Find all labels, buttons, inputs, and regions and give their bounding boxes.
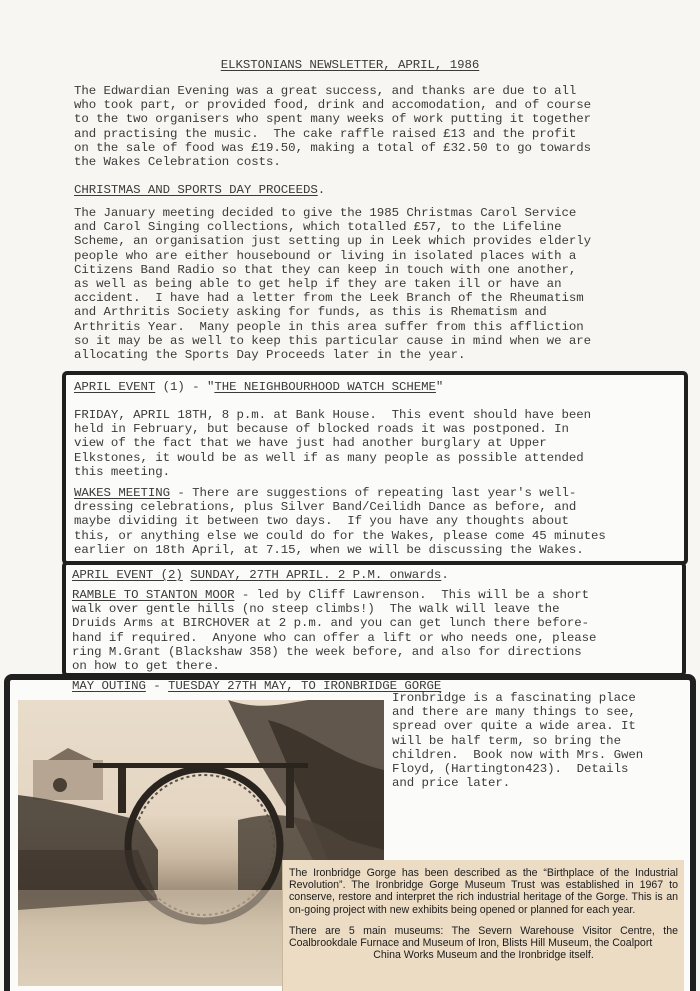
april-event-2-heading: APRIL EVENT (2) SUNDAY, 27TH APRIL. 2 P.… <box>72 568 449 582</box>
event2-when-suffix: . <box>441 568 448 582</box>
christmas-heading-suffix: . <box>318 183 325 197</box>
christmas-heading-text: CHRISTMAS AND SPORTS DAY PROCEEDS <box>74 183 318 197</box>
clipping-paragraph-2-last-line: China Works Museum and the Ironbridge it… <box>289 949 678 961</box>
event1-name: THE NEIGHBOURHOOD WATCH SCHEME <box>214 380 436 394</box>
christmas-section-heading: CHRISTMAS AND SPORTS DAY PROCEEDS. <box>74 183 325 197</box>
event1-label: APRIL EVENT <box>74 380 155 394</box>
wakes-meeting-paragraph: WAKES MEETING - There are suggestions of… <box>74 486 606 557</box>
event1-name-suffix: " <box>436 380 443 394</box>
april-event-1-heading: APRIL EVENT (1) - "THE NEIGHBOURHOOD WAT… <box>74 380 443 394</box>
intro-paragraph: The Edwardian Evening was a great succes… <box>74 84 674 169</box>
may-outing-separator: - <box>146 679 168 693</box>
may-outing-body: Ironbridge is a fascinating place and th… <box>392 691 643 790</box>
newsletter-title: ELKSTONIANS NEWSLETTER, APRIL, 1986 <box>0 58 700 72</box>
may-outing-heading: MAY OUTING - TUESDAY 27TH MAY, TO IRONBR… <box>72 679 441 693</box>
april-event-1-body: FRIDAY, APRIL 18TH, 8 p.m. at Bank House… <box>74 408 591 479</box>
ramble-heading: RAMBLE TO STANTON MOOR <box>72 588 234 602</box>
christmas-section-body: The January meeting decided to give the … <box>74 206 674 362</box>
clipping-paragraph-2-text: There are 5 main museums: The Severn War… <box>289 925 678 949</box>
clipping-paragraph-2: There are 5 main museums: The Severn War… <box>289 925 678 962</box>
newsletter-title-text: ELKSTONIANS NEWSLETTER, APRIL, 1986 <box>221 58 480 72</box>
april-event-2-body: RAMBLE TO STANTON MOOR - led by Cliff La… <box>72 588 596 673</box>
event2-when: SUNDAY, 27TH APRIL. 2 P.M. onwards <box>190 568 441 582</box>
clipping-paragraph-1: The Ironbridge Gorge has been described … <box>289 867 678 916</box>
event2-label: APRIL EVENT (2) <box>72 568 183 582</box>
may-outing-label: MAY OUTING <box>72 679 146 693</box>
wakes-heading: WAKES MEETING <box>74 486 170 500</box>
ironbridge-newspaper-clipping: The Ironbridge Gorge has been described … <box>282 860 684 991</box>
event1-number: (1) - " <box>155 380 214 394</box>
